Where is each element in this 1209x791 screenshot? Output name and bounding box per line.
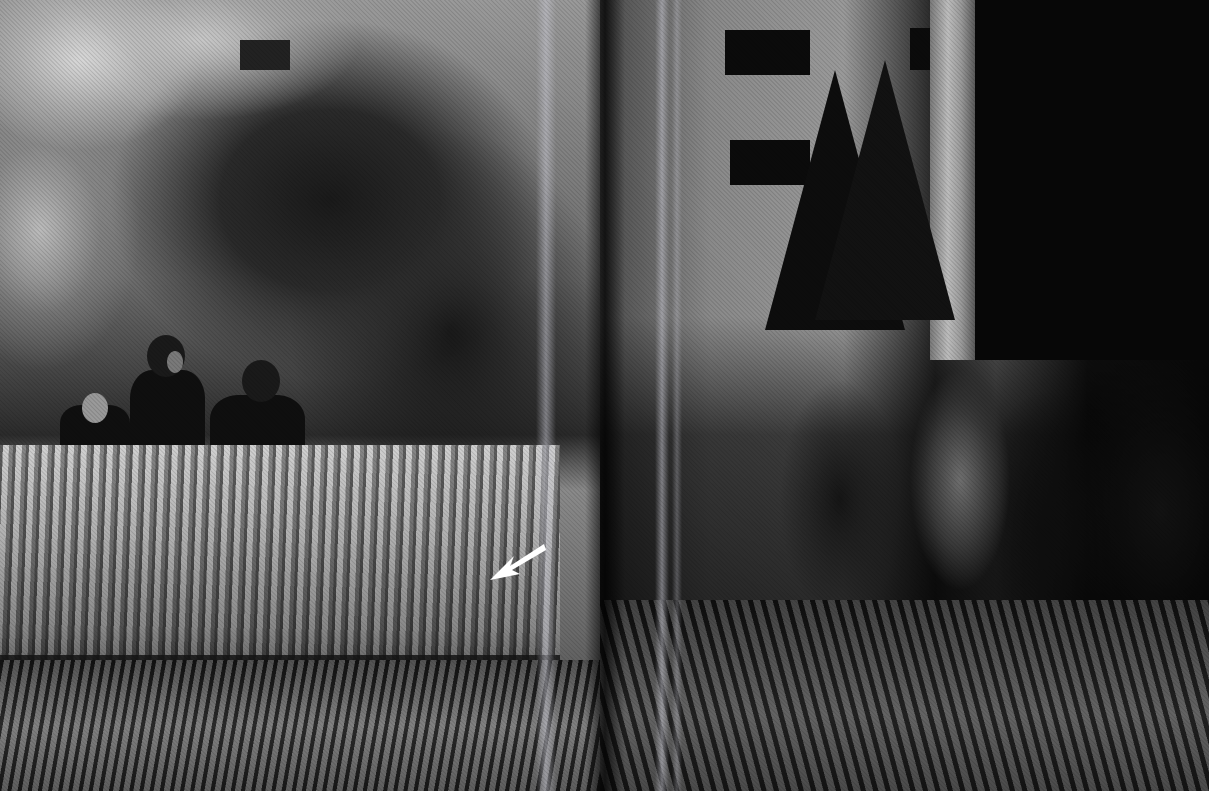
dark-doorway	[975, 0, 1209, 360]
building-window-1	[725, 30, 810, 75]
hedge-wall	[0, 445, 560, 675]
ground-left	[0, 660, 600, 791]
ground-right	[600, 600, 1209, 791]
scan-glare-right	[655, 0, 669, 791]
fir-tree-2	[815, 60, 955, 320]
scan-glare-left	[536, 0, 556, 791]
book-gutter	[585, 0, 625, 791]
scan-glare-right-2	[672, 0, 682, 791]
arrow-annotation-icon	[486, 540, 548, 584]
halftone-photograph: Scanned black-and-white halftone photogr…	[0, 0, 1209, 791]
building-window-4	[240, 40, 290, 70]
